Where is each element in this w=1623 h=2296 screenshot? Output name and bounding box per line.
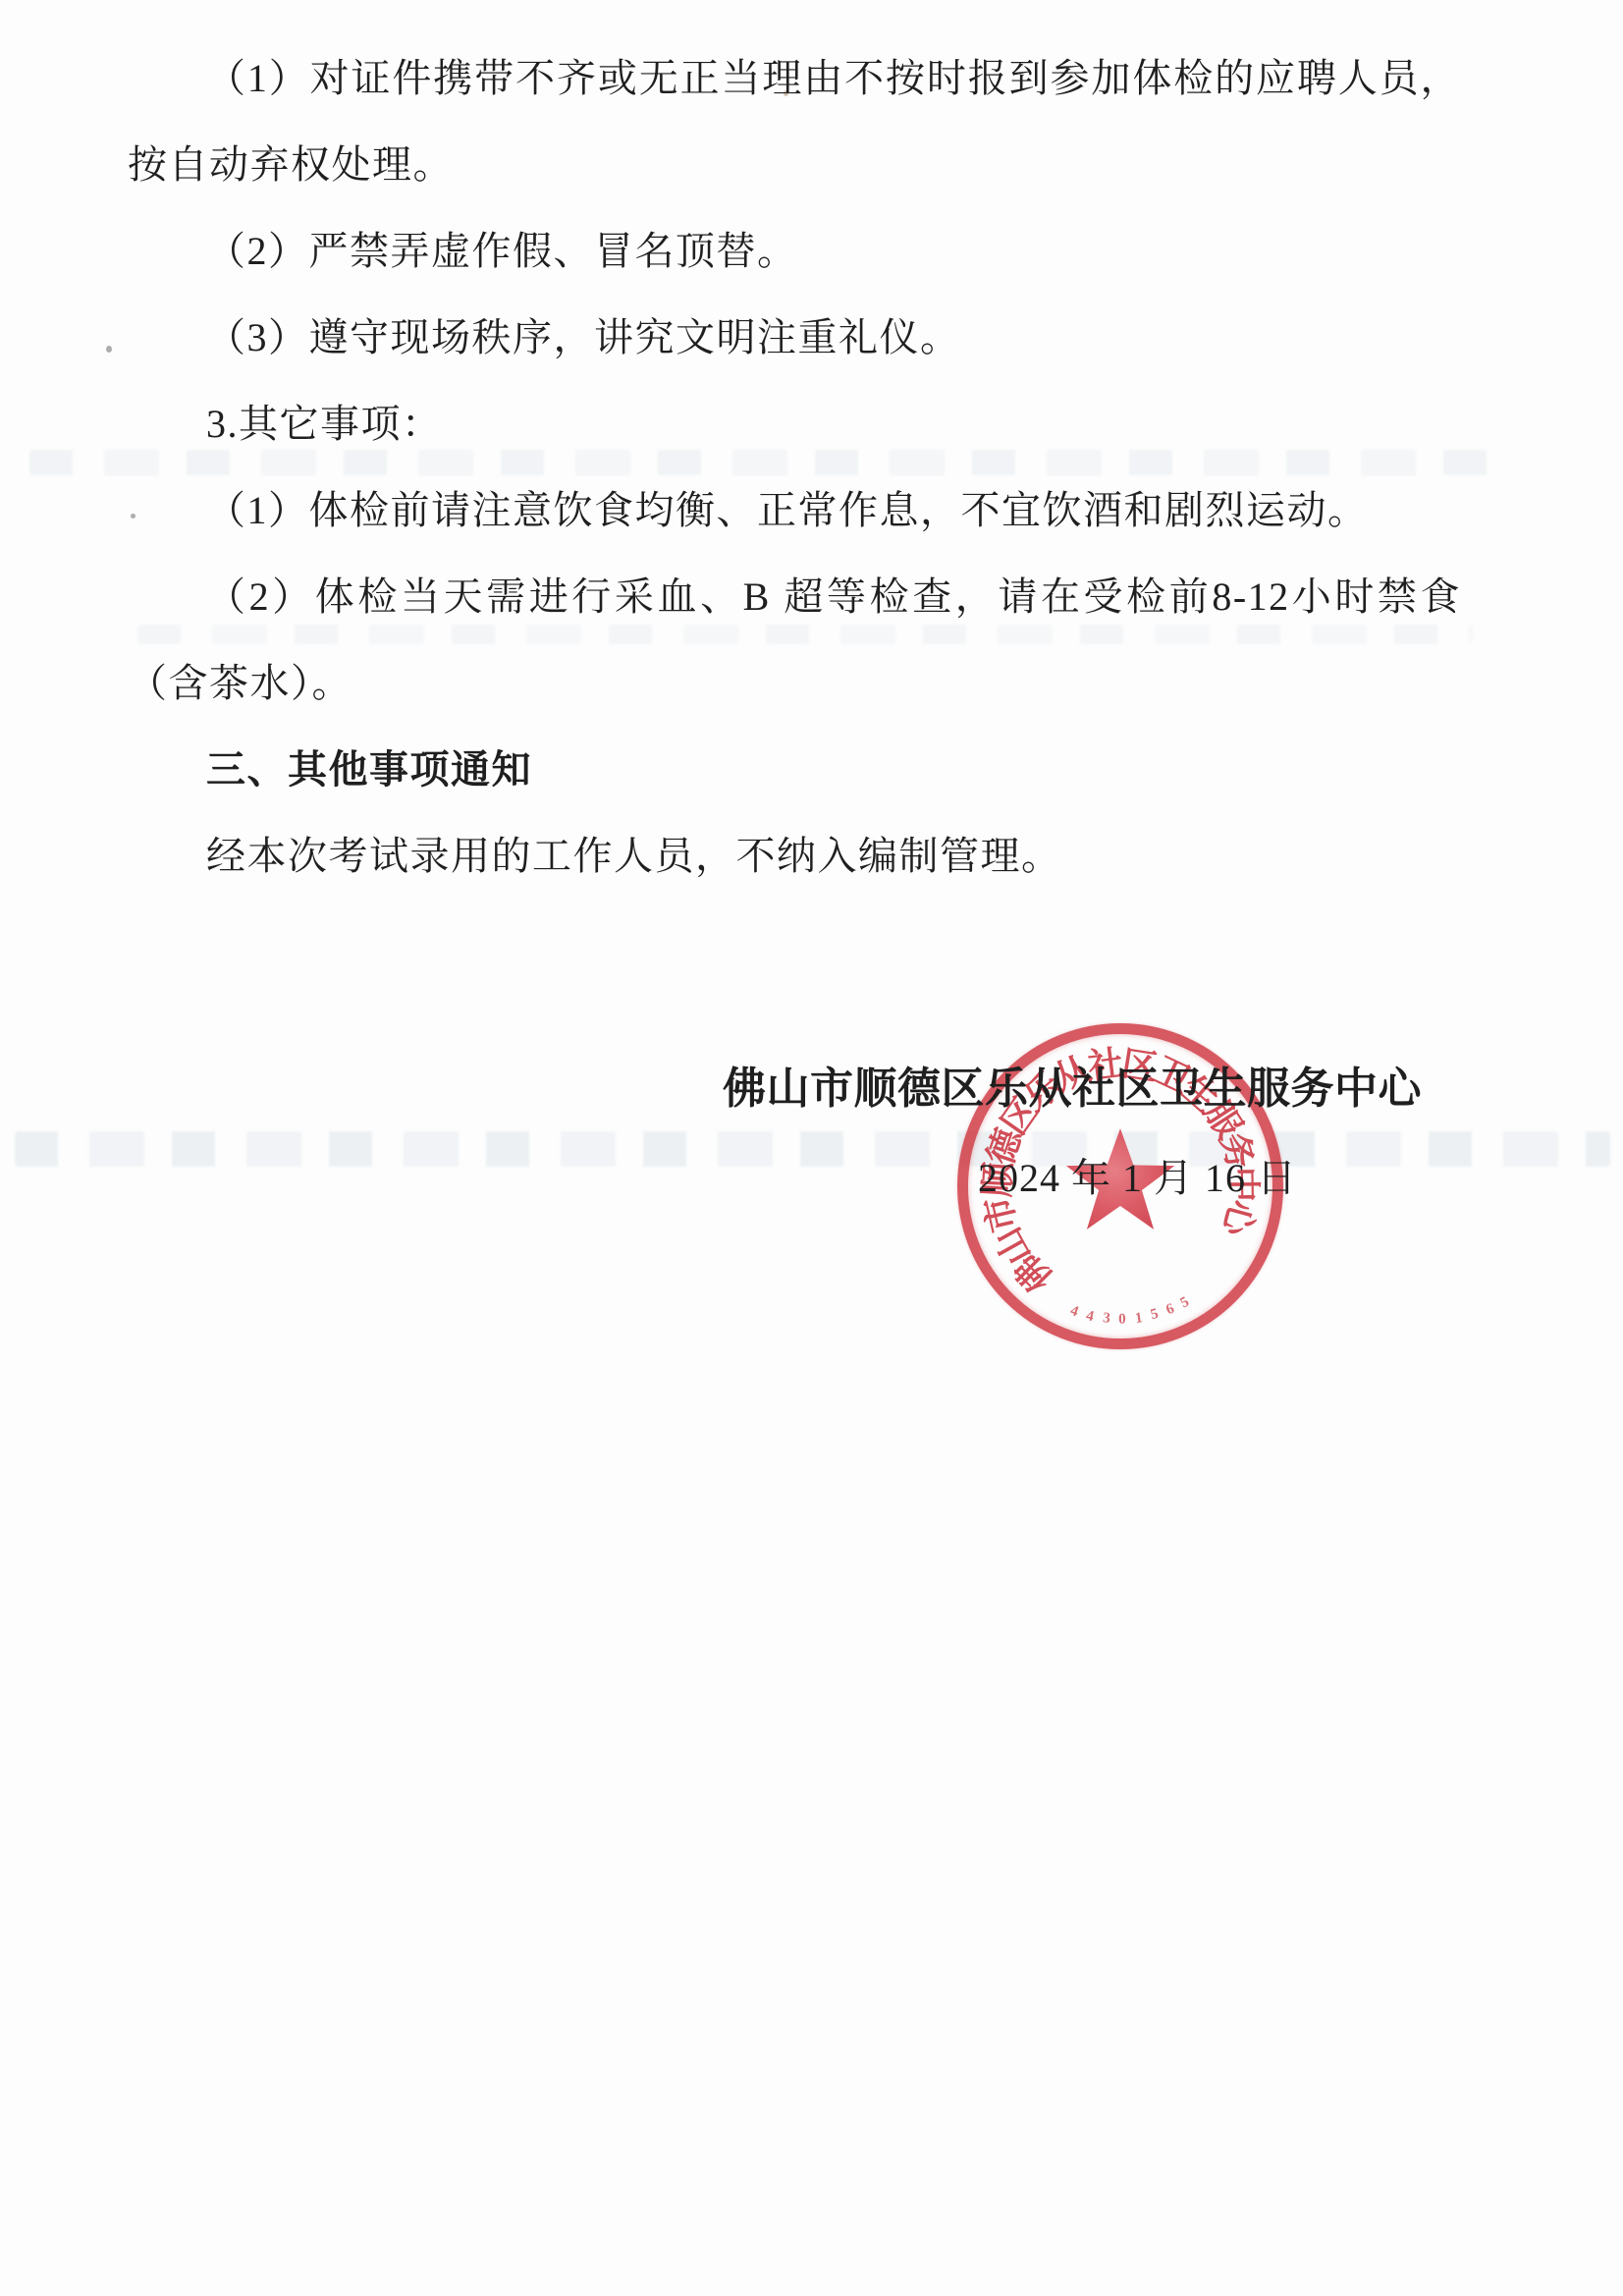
paragraph-1-2: （2）严禁弄虚作假、冒名顶替。 [128,208,1461,295]
signature-date: 2024 年 1 月 16 日 [978,1147,1297,1203]
paragraph-2-1: （1）体检前请注意饮食均衡、正常作息，不宜饮酒和剧烈运动。 [128,467,1461,554]
document-body: （1）对证件携带不齐或无正当理由不按时报到参加体检的应聘人员，按自动弃权处理。 … [128,35,1461,900]
scan-speck [106,346,112,353]
signature-organization: 佛山市顺德区乐从社区卫生服务中心 [723,1053,1422,1116]
paragraph-3-1: 经本次考试录用的工作人员，不纳入编制管理。 [128,813,1461,900]
paragraph-1-1: （1）对证件携带不齐或无正当理由不按时报到参加体检的应聘人员，按自动弃权处理。 [128,35,1461,208]
paragraph-2-2: （2）体检当天需进行采血、B 超等检查，请在受检前8-12小时禁食（含茶水）。 [128,554,1461,727]
scanned-document-page: （1）对证件携带不齐或无正当理由不按时报到参加体检的应聘人员，按自动弃权处理。 … [0,0,1623,2296]
paragraph-other-items-heading: 3.其它事项： [128,381,1461,467]
bleedthrough-artifact [15,1131,1610,1167]
paragraph-1-3: （3）遵守现场秩序，讲究文明注重礼仪。 [128,295,1461,381]
section-heading-three: 三、其他事项通知 [128,727,1461,813]
